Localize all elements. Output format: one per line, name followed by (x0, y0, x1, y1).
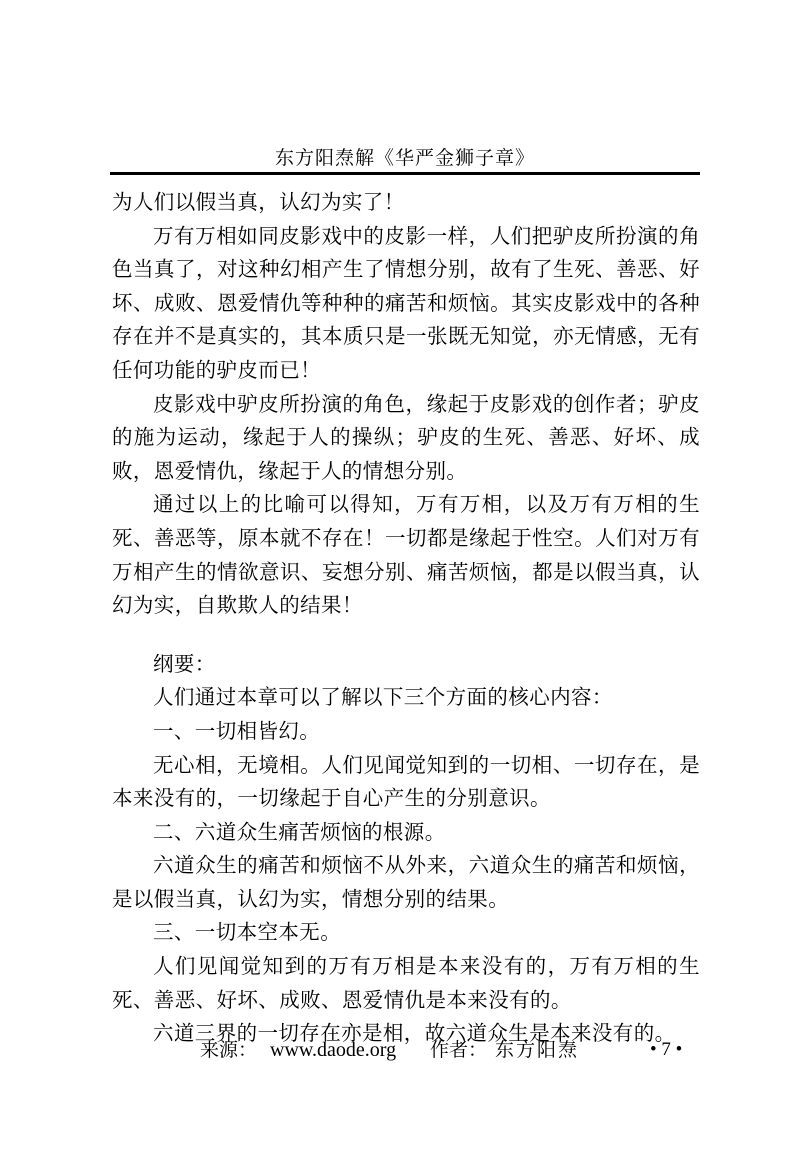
outline-point-1-content: 无心相，无境相。人们见闻觉知到的一切相、一切存在，是本来没有的，一切缘起于自心产… (112, 749, 700, 816)
outline-heading: 纲要： (112, 648, 700, 682)
footer-page-number: • 7 • (650, 1037, 682, 1063)
page-footer: 来源： www.daode.org 作者： 东方阳焘 • 7 • (200, 1037, 700, 1063)
paragraph-puppet-roles: 皮影戏中驴皮所扮演的角色，缘起于皮影戏的创作者；驴皮的施为运动，缘起于人的操纵；… (112, 388, 700, 489)
header-rule-divider (110, 172, 700, 175)
section-spacer (112, 623, 700, 648)
running-header-title: 东方阳焘解《华严金狮子章》 (110, 145, 700, 171)
outline-intro: 人们通过本章可以了解以下三个方面的核心内容： (112, 681, 700, 715)
document-page: 东方阳焘解《华严金狮子章》 为人们以假当真，认幻为实了！ 万有万相如同皮影戏中的… (0, 0, 794, 1149)
paragraph-continuation: 为人们以假当真，认幻为实了！ (112, 186, 700, 220)
footer-author-label: 作者： (430, 1037, 487, 1063)
outline-point-2-content: 六道众生的痛苦和烦恼不从外来，六道众生的痛苦和烦恼，是以假当真，认幻为实，情想分… (112, 849, 700, 916)
outline-point-3-content: 人们见闻觉知到的万有万相是本来没有的，万有万相的生死、善恶、好坏、成败、恩爱情仇… (112, 950, 700, 1017)
paragraph-shadow-puppet-analogy: 万有万相如同皮影戏中的皮影一样，人们把驴皮所扮演的角色当真了，对这种幻相产生了情… (112, 220, 700, 388)
body-text: 为人们以假当真，认幻为实了！ 万有万相如同皮影戏中的皮影一样，人们把驴皮所扮演的… (112, 186, 700, 1051)
outline-point-1-title: 一、一切相皆幻。 (112, 715, 700, 749)
footer-source-label: 来源： (200, 1037, 257, 1063)
outline-point-3-title: 三、一切本空本无。 (112, 916, 700, 950)
paragraph-conclusion: 通过以上的比喻可以得知，万有万相，以及万有万相的生死、善恶等，原本就不存在！一切… (112, 488, 700, 622)
outline-point-2-title: 二、六道众生痛苦烦恼的根源。 (112, 816, 700, 850)
footer-source-url: www.daode.org (270, 1037, 396, 1063)
footer-author-name: 东方阳焘 (495, 1037, 579, 1063)
